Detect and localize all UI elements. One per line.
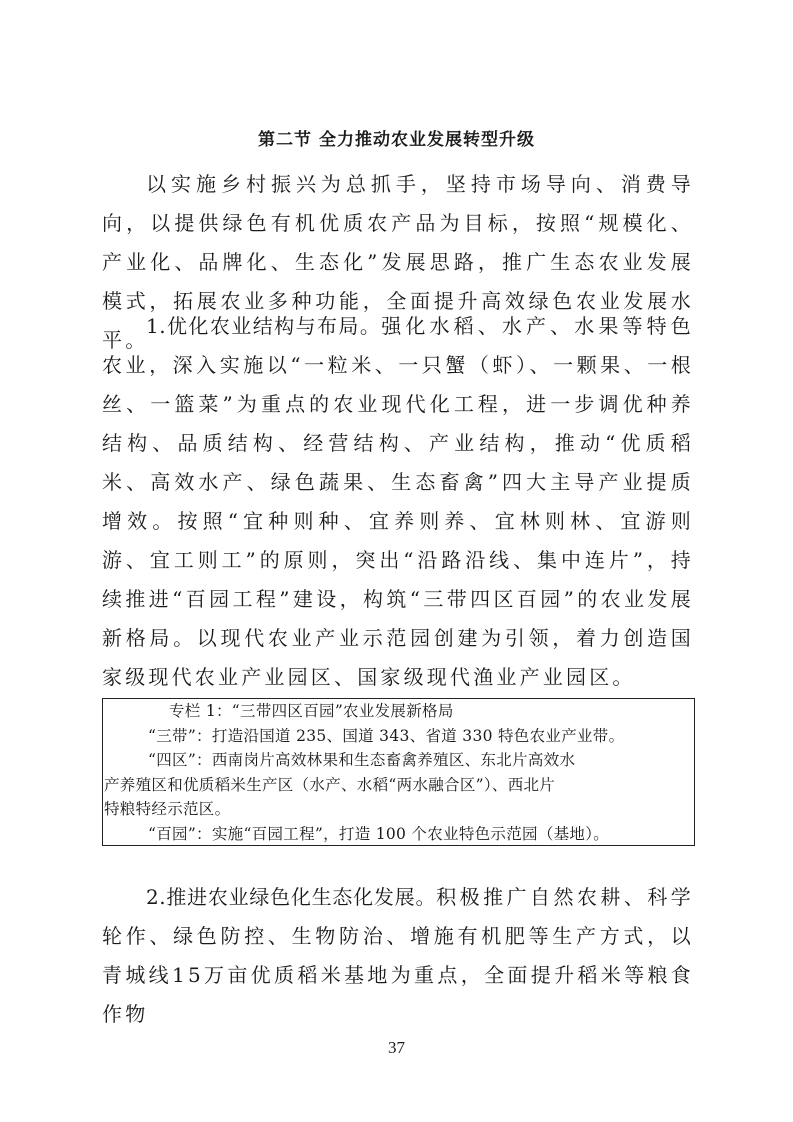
sidebar-box-line: 特粮特经示范区。 [104,797,693,822]
sidebar-box-line: “四区”：西南岗片高效林果和生态畜禽养殖区、东北片高效水 [104,748,693,773]
sidebar-box-line: 产养殖区和优质稻米生产区（水产、水稻“两水融合区”）、西北片 [104,773,693,798]
item2-heading: 2.推进农业绿色化生态化发展。 [146,885,436,909]
sidebar-box-line: “三带”：打造沿国道 235、国道 343、省道 330 特色农业产业带。 [104,724,693,749]
page-number: 37 [0,1038,793,1058]
sidebar-box-heading: 专栏 1：“三带四区百园”农业发展新格局 [104,699,693,724]
sidebar-box: 专栏 1：“三带四区百园”农业发展新格局 “三带”：打造沿国道 235、国道 3… [102,698,695,846]
sidebar-box-line: “百园”：实施“百园工程”，打造 100 个农业特色示范园（基地）。 [104,822,693,847]
item1-body: 强化水稻、水产、水果等特色农业，深入实施以“一粒米、一只蟹（虾）、一颗果、一根丝… [102,314,694,689]
item2-paragraph: 2.推进农业绿色化生态化发展。积极推广自然农耕、科学轮作、绿色防控、生物防治、增… [102,878,694,1034]
section-title: 第二节 全力推动农业发展转型升级 [0,125,793,150]
item1-heading: 1.优化农业结构与布局。 [146,314,381,338]
item1-paragraph: 1.优化农业结构与布局。强化水稻、水产、水果等特色农业，深入实施以“一粒米、一只… [102,307,694,697]
